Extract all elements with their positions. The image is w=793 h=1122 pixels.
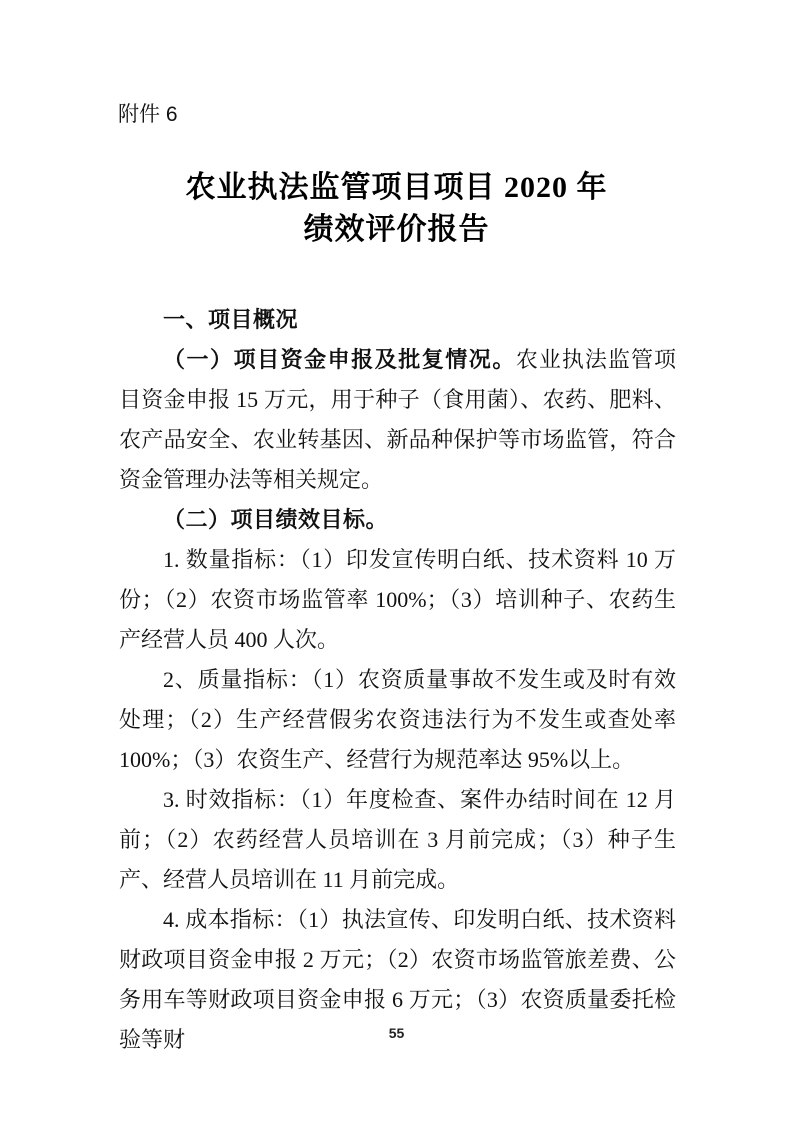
document-title-line1: 农业执法监管项目项目 2020 年 [186, 171, 608, 204]
document-page: 附件 6 农业执法监管项目项目 2020 年 绩效评价报告 一、项目概况 （一）… [0, 0, 793, 1122]
paragraph-funding-application: （一）项目资金申报及批复情况。农业执法监管项目资金申报 15 万元，用于种子（食… [119, 340, 676, 500]
paragraph-quality-indicators: 2、质量指标：（1）农资质量事故不发生或及时有效处理；（2）生产经营假劣农资违法… [119, 660, 676, 780]
document-title: 农业执法监管项目项目 2020 年 绩效评价报告 [0, 167, 793, 251]
sub-heading-performance-goals: （二）项目绩效目标。 [163, 507, 388, 532]
attachment-label: 附件 6 [118, 100, 178, 130]
sub-heading-funding-application: （一）项目资金申报及批复情况。 [163, 347, 516, 372]
page-number: 55 [0, 1025, 793, 1041]
document-body: 一、项目概况 （一）项目资金申报及批复情况。农业执法监管项目资金申报 15 万元… [119, 300, 676, 1060]
document-title-line2: 绩效评价报告 [304, 213, 490, 246]
paragraph-timeliness-indicators: 3. 时效指标：（1）年度检查、案件办结时间在 12 月前；（2）农药经营人员培… [119, 780, 676, 900]
paragraph-quantity-indicators: 1. 数量指标：（1）印发宣传明白纸、技术资料 10 万份；（2）农资市场监管率… [119, 540, 676, 660]
section-heading-project-overview: 一、项目概况 [119, 300, 676, 340]
sub-heading-performance-goals-row: （二）项目绩效目标。 [119, 500, 676, 540]
